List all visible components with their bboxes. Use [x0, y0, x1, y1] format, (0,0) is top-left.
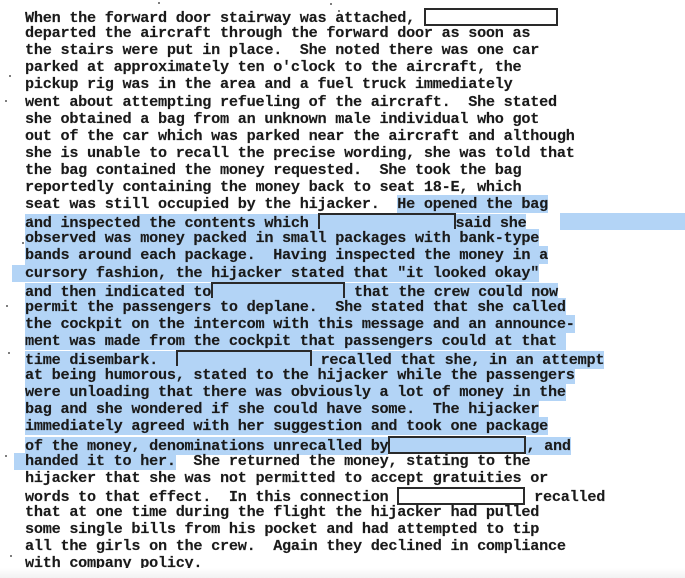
text-line: permit the passengers to deplane. She st…	[25, 299, 566, 316]
highlighted-text: , and	[526, 437, 570, 455]
text-line: seat was still occupied by the hijacker.…	[25, 196, 548, 213]
body-text: She returned the money, stating to the	[176, 452, 531, 470]
highlighted-text: immediately agreed with her suggestion a…	[25, 417, 548, 435]
text-line: bands around each package. Having inspec…	[25, 247, 548, 264]
highlighted-text: He opened the bag	[397, 195, 548, 213]
body-text: out of the car which was parked near the…	[25, 127, 575, 145]
text-line: out of the car which was parked near the…	[25, 128, 575, 145]
text-line: ment was made from the cockpit that pass…	[25, 333, 566, 350]
text-line: hijacker that she was not permitted to a…	[25, 470, 548, 487]
text-line: and inspected the contents which said sh…	[25, 213, 526, 230]
text-line: some single bills from his pocket and ha…	[25, 521, 539, 538]
body-text: pickup rig was in the area and a fuel tr…	[25, 75, 513, 93]
page-bottom-edge	[0, 568, 685, 578]
text-line: the stairs were put in place. She noted …	[25, 42, 539, 59]
scan-speck	[5, 100, 7, 102]
redaction-box	[211, 282, 345, 300]
body-text: she is unable to recall the precise word…	[25, 144, 575, 162]
body-text: departed the aircraft through the forwar…	[25, 24, 530, 42]
text-line: reportedly containing the money back to …	[25, 179, 521, 196]
text-line: observed was money packed in small packa…	[25, 230, 539, 247]
scan-speck	[9, 75, 11, 77]
text-line: immediately agreed with her suggestion a…	[25, 418, 548, 435]
text-line: parked at approximately ten o'clock to t…	[25, 59, 521, 76]
text-line: she is unable to recall the precise word…	[25, 145, 575, 162]
scan-speck	[330, 3, 332, 5]
highlighted-text: cursory fashion, the hijacker stated tha…	[25, 264, 539, 282]
highlighted-text: were unloading that there was obviously …	[25, 383, 566, 401]
text-line: departed the aircraft through the forwar…	[25, 25, 530, 42]
highlighted-text: observed was money packed in small packa…	[25, 229, 539, 247]
text-line: the bag contained the money requested. S…	[25, 162, 521, 179]
text-line: at being humorous, stated to the hijacke…	[25, 367, 575, 384]
scan-speck	[10, 555, 12, 557]
highlighted-text: bands around each package. Having inspec…	[25, 246, 548, 264]
body-text: seat was still occupied by the hijacker.	[25, 195, 397, 213]
body-text: reportedly containing the money back to …	[25, 178, 521, 196]
text-line: and then indicated to that the crew coul…	[25, 282, 558, 299]
document-page: When the forward door stairway was attac…	[0, 0, 685, 578]
text-line: that at one time during the flight the h…	[25, 504, 539, 521]
body-text: the stairs were put in place. She noted …	[25, 41, 539, 59]
text-line: time disembark. recalled that she, in an…	[25, 350, 604, 367]
highlighted-text: handed it to her.	[25, 452, 176, 470]
body-text: all the girls on the crew. Again they de…	[25, 537, 566, 555]
text-line: cursory fashion, the hijacker stated tha…	[25, 265, 539, 282]
scan-speck	[338, 10, 340, 12]
scan-speck	[6, 305, 8, 307]
body-text: went about attempting refueling of the a…	[25, 93, 557, 111]
scan-speck	[5, 455, 7, 457]
body-text: hijacker that she was not permitted to a…	[25, 469, 548, 487]
highlighted-text: at being humorous, stated to the hijacke…	[25, 366, 575, 384]
text-line: When the forward door stairway was attac…	[25, 8, 558, 25]
highlight-extension	[12, 265, 25, 282]
text-line: were unloading that there was obviously …	[25, 384, 566, 401]
text-line: of the money, denominations unrecalled b…	[25, 436, 571, 453]
text-line: handed it to her. She returned the money…	[25, 453, 530, 470]
text-line: words to that effect. In this connection…	[25, 487, 605, 504]
text-line: bag and she wondered if she could have s…	[25, 401, 539, 418]
scan-speck	[158, 2, 160, 4]
highlighted-text: the cockpit on the intercom with this me…	[25, 315, 575, 333]
highlight-extension	[560, 213, 685, 230]
text-line: she obtained a bag from an unknown male …	[25, 111, 539, 128]
body-text: she obtained a bag from an unknown male …	[25, 110, 539, 128]
text-line: the cockpit on the intercom with this me…	[25, 316, 575, 333]
body-text: parked at approximately ten o'clock to t…	[25, 58, 521, 76]
highlighted-text: bag and she wondered if she could have s…	[25, 400, 539, 418]
highlighted-text: permit the passengers to deplane. She st…	[25, 298, 566, 316]
redaction-box	[388, 436, 526, 454]
text-line: all the girls on the crew. Again they de…	[25, 538, 566, 555]
highlight-extension	[14, 453, 25, 470]
text-line: went about attempting refueling of the a…	[25, 94, 557, 111]
body-text: that at one time during the flight the h…	[25, 503, 539, 521]
body-text: the bag contained the money requested. S…	[25, 161, 521, 179]
text-line: pickup rig was in the area and a fuel tr…	[25, 76, 513, 93]
scan-speck	[22, 242, 24, 244]
body-text: some single bills from his pocket and ha…	[25, 520, 539, 538]
scan-speck	[30, 218, 32, 220]
highlighted-text: ment was made from the cockpit that pass…	[25, 332, 566, 350]
scan-speck	[8, 352, 10, 354]
